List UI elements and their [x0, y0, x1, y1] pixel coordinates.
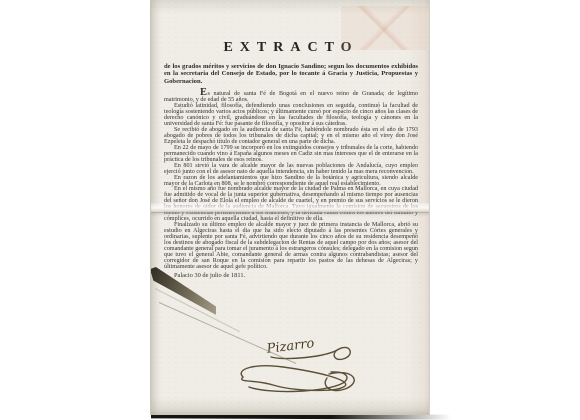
document-subtitle: de los grados méritos y servicios de don…: [164, 63, 418, 85]
paragraph: Se recibió de abogado en la audiencia de…: [164, 128, 418, 146]
paragraph: En 22 de mayo de 1799 se incorporó en lo…: [164, 146, 418, 164]
paragraph: Estudió latinidad, filosofía, defendiend…: [164, 104, 418, 128]
paragraph: Finalizado su último empleo de alcalde m…: [164, 223, 418, 271]
scanned-image-background: 329 EXTRACTO de los grados méritos y ser…: [0, 0, 580, 420]
drop-cap: E: [200, 87, 208, 98]
ink-bleedthrough-stamp: [341, 6, 427, 50]
paragraph: En 801 sirvió la vara de alcalde mayor d…: [164, 164, 418, 176]
signature-flourish: Pizarro: [233, 330, 373, 398]
signature: Pizarro: [233, 330, 373, 398]
document-body: Es natural de santa Fé de Bogotá en el n…: [164, 91, 418, 271]
horizontal-fold-crease: [151, 203, 429, 213]
document-page: EXTRACTO de los grados méritos y servici…: [150, 0, 430, 415]
dateline: Palacio 30 de julio de 1811.: [164, 272, 418, 279]
